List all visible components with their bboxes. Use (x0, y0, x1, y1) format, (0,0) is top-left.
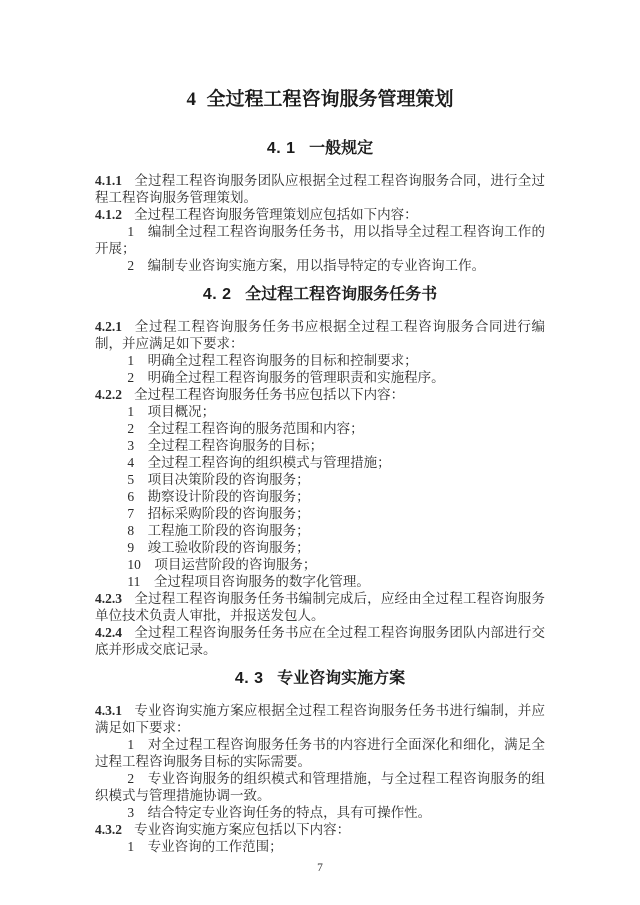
item-text: 编制专业咨询实施方案，用以指导特定的专业咨询工作。 (148, 258, 486, 273)
item-text: 明确全过程工程咨询服务的目标和控制要求； (148, 353, 418, 368)
item-number: 3 (127, 805, 134, 820)
clause-4-3-2: 4.3.2专业咨询实施方案应包括以下内容： (95, 821, 545, 838)
list-item: 1编制全过程工程咨询服务任务书，用以指导全过程工程咨询工作的开展； (95, 223, 545, 257)
clause-number: 4.2.1 (95, 319, 122, 334)
clause-number: 4.1.2 (95, 207, 122, 222)
clause-number: 4.1.1 (95, 173, 122, 188)
clause-number: 4.3.2 (95, 822, 122, 837)
item-number: 9 (127, 540, 134, 555)
list-item: 2专业咨询服务的组织模式和管理措施，与全过程工程咨询服务的组织模式与管理措施协调… (95, 770, 545, 804)
clause-number: 4.3.1 (95, 703, 122, 718)
list-item: 1专业咨询的工作范围； (95, 838, 545, 855)
list-item: 7招标采购阶段的咨询服务； (95, 505, 545, 522)
item-text: 项目决策阶段的咨询服务； (148, 472, 310, 487)
clause-text: 全过程工程咨询服务团队应根据全过程工程咨询服务合同，进行全过程工程咨询服务管理策… (95, 173, 545, 205)
clause-text: 全过程工程咨询服务任务书应根据全过程工程咨询服务合同进行编制，并应满足如下要求： (95, 319, 545, 351)
item-text: 对全过程工程咨询服务任务书的内容进行全面深化和细化，满足全过程工程咨询服务目标的… (95, 737, 545, 769)
item-text: 竣工验收阶段的咨询服务； (148, 540, 310, 555)
clause-text: 专业咨询实施方案应包括以下内容： (134, 822, 350, 837)
clause-number: 4.2.3 (95, 591, 122, 606)
section-heading-4-2: 4. 2全过程工程咨询服务任务书 (95, 285, 545, 305)
list-item: 9竣工验收阶段的咨询服务； (95, 539, 545, 556)
item-text: 勘察设计阶段的咨询服务； (148, 489, 310, 504)
clause-4-1-2: 4.1.2全过程工程咨询服务管理策划应包括如下内容： (95, 206, 545, 223)
clause-text: 专业咨询实施方案应根据全过程工程咨询服务任务书进行编制，并应满足如下要求： (95, 703, 545, 735)
item-text: 招标采购阶段的咨询服务； (148, 506, 310, 521)
item-text: 全过程工程咨询服务的目标； (148, 438, 324, 453)
section-number: 4. 2 (203, 286, 232, 303)
clause-4-3-1: 4.3.1专业咨询实施方案应根据全过程工程咨询服务任务书进行编制，并应满足如下要… (95, 702, 545, 736)
item-text: 项目概况； (148, 404, 216, 419)
item-number: 1 (127, 224, 134, 239)
item-number: 11 (127, 574, 140, 589)
clause-4-1-1: 4.1.1全过程工程咨询服务团队应根据全过程工程咨询服务合同，进行全过程工程咨询… (95, 172, 545, 206)
item-number: 2 (127, 370, 134, 385)
list-item: 1明确全过程工程咨询服务的目标和控制要求； (95, 352, 545, 369)
list-item: 4全过程工程咨询的组织模式与管理措施； (95, 454, 545, 471)
section-title: 一般规定 (309, 140, 373, 157)
list-item: 3结合特定专业咨询任务的特点，具有可操作性。 (95, 804, 545, 821)
item-number: 1 (127, 404, 134, 419)
item-text: 全过程工程咨询的服务范围和内容； (148, 421, 364, 436)
item-number: 1 (127, 839, 134, 854)
chapter-title: 4全过程工程咨询服务管理策划 (95, 88, 545, 112)
list-item: 2明确全过程工程咨询服务的管理职责和实施程序。 (95, 369, 545, 386)
item-number: 10 (127, 557, 141, 572)
section-4-3: 4. 3专业咨询实施方案 4.3.1专业咨询实施方案应根据全过程工程咨询服务任务… (95, 669, 545, 855)
item-number: 8 (127, 523, 134, 538)
list-item: 10项目运营阶段的咨询服务； (95, 556, 545, 573)
section-4-2: 4. 2全过程工程咨询服务任务书 4.2.1全过程工程咨询服务任务书应根据全过程… (95, 285, 545, 658)
list-item: 2编制专业咨询实施方案，用以指导特定的专业咨询工作。 (95, 257, 545, 274)
item-number: 1 (127, 737, 134, 752)
list-item: 3全过程工程咨询服务的目标； (95, 437, 545, 454)
item-number: 5 (127, 472, 134, 487)
section-heading-4-1: 4. 1一般规定 (95, 139, 545, 159)
list-item: 11全过程项目咨询服务的数字化管理。 (95, 573, 545, 590)
item-text: 全过程工程咨询的组织模式与管理措施； (148, 455, 391, 470)
item-text: 明确全过程工程咨询服务的管理职责和实施程序。 (148, 370, 445, 385)
clause-text: 全过程工程咨询服务任务书应包括以下内容： (134, 387, 404, 402)
list-item: 5项目决策阶段的咨询服务； (95, 471, 545, 488)
section-heading-4-3: 4. 3专业咨询实施方案 (95, 669, 545, 689)
item-text: 项目运营阶段的咨询服务； (154, 557, 316, 572)
section-number: 4. 3 (235, 670, 264, 687)
item-number: 6 (127, 489, 134, 504)
clause-4-2-1: 4.2.1全过程工程咨询服务任务书应根据全过程工程咨询服务合同进行编制，并应满足… (95, 318, 545, 352)
item-number: 2 (127, 421, 134, 436)
section-number: 4. 1 (267, 140, 296, 157)
item-number: 2 (127, 258, 134, 273)
item-number: 7 (127, 506, 134, 521)
item-text: 工程施工阶段的咨询服务； (148, 523, 310, 538)
item-number: 1 (127, 353, 134, 368)
list-item: 1对全过程工程咨询服务任务书的内容进行全面深化和细化，满足全过程工程咨询服务目标… (95, 736, 545, 770)
item-text: 编制全过程工程咨询服务任务书，用以指导全过程工程咨询工作的开展； (95, 224, 545, 256)
list-item: 2全过程工程咨询的服务范围和内容； (95, 420, 545, 437)
clause-number: 4.2.4 (95, 625, 122, 640)
item-text: 专业咨询服务的组织模式和管理措施，与全过程工程咨询服务的组织模式与管理措施协调一… (95, 771, 545, 803)
clause-4-2-4: 4.2.4全过程工程咨询服务任务书应在全过程工程咨询服务团队内部进行交底并形成交… (95, 624, 545, 658)
item-text: 结合特定专业咨询任务的特点，具有可操作性。 (148, 805, 432, 820)
page-number: 7 (95, 862, 545, 874)
clause-text: 全过程工程咨询服务管理策划应包括如下内容： (134, 207, 418, 222)
list-item: 1项目概况； (95, 403, 545, 420)
clause-text: 全过程工程咨询服务任务书编制完成后，应经由全过程工程咨询服务单位技术负责人审批，… (95, 591, 545, 623)
chapter-title-text: 全过程工程咨询服务管理策划 (206, 89, 453, 110)
section-4-1: 4. 1一般规定 4.1.1全过程工程咨询服务团队应根据全过程工程咨询服务合同，… (95, 139, 545, 274)
item-text: 全过程项目咨询服务的数字化管理。 (154, 574, 370, 589)
item-number: 2 (127, 771, 134, 786)
chapter-number: 4 (187, 89, 197, 110)
section-title: 全过程工程咨询服务任务书 (245, 286, 437, 303)
list-item: 8工程施工阶段的咨询服务； (95, 522, 545, 539)
clause-4-2-2: 4.2.2全过程工程咨询服务任务书应包括以下内容： (95, 386, 545, 403)
document-page: 4全过程工程咨询服务管理策划 4. 1一般规定 4.1.1全过程工程咨询服务团队… (0, 0, 640, 905)
clause-text: 全过程工程咨询服务任务书应在全过程工程咨询服务团队内部进行交底并形成交底记录。 (95, 625, 545, 657)
clause-4-2-3: 4.2.3全过程工程咨询服务任务书编制完成后，应经由全过程工程咨询服务单位技术负… (95, 590, 545, 624)
list-item: 6勘察设计阶段的咨询服务； (95, 488, 545, 505)
section-title: 专业咨询实施方案 (277, 670, 405, 687)
clause-number: 4.2.2 (95, 387, 122, 402)
item-number: 4 (127, 455, 134, 470)
item-number: 3 (127, 438, 134, 453)
item-text: 专业咨询的工作范围； (148, 839, 283, 854)
